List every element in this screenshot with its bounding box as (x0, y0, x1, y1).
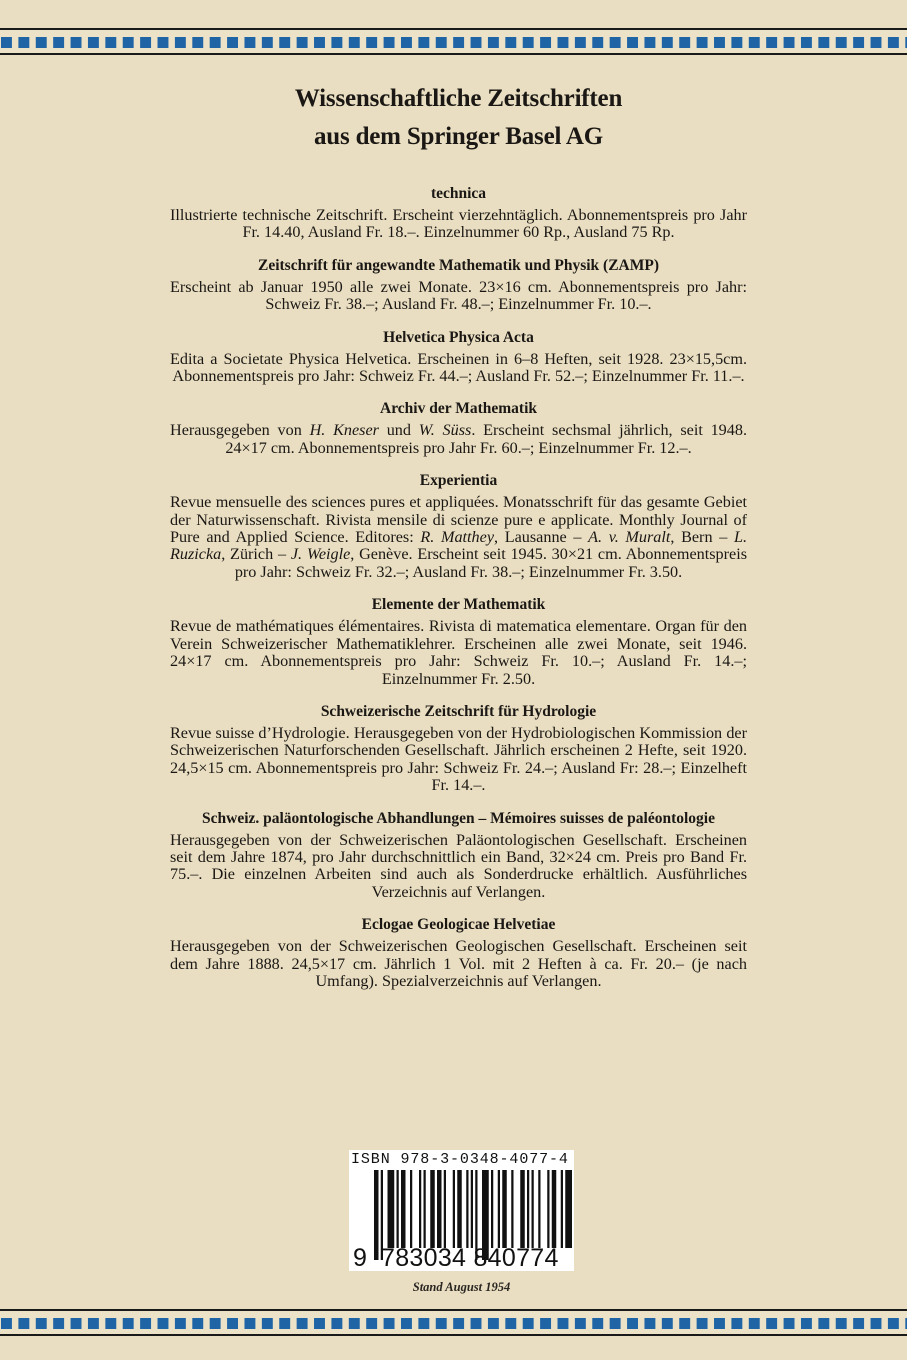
top-decorative-border (0, 28, 907, 55)
journal-description: Edita a Societate Physica Helvetica. Ers… (170, 351, 747, 386)
journal-title: Experientia (170, 471, 747, 490)
journal-title: Eclogae Geologicae Helvetiae (170, 915, 747, 934)
journal-entry: Eclogae Geologicae HelvetiaeHerausgegebe… (170, 915, 747, 990)
page-content: Wissenschaftliche Zeitschriften aus dem … (170, 80, 747, 1004)
editor-name: W. Süss (419, 421, 472, 439)
isbn-label: ISBN 978-3-0348-4077-4 (351, 1151, 573, 1168)
editor-name: R. Matthey (420, 528, 494, 546)
page-title-line-1: Wissenschaftliche Zeitschriften (170, 80, 747, 118)
journal-description: Herausgegeben von H. Kneser und W. Süss.… (170, 422, 747, 457)
description-text: , Lausanne – (494, 528, 588, 546)
journal-description: Revue mensuelle des sciences pures et ap… (170, 494, 747, 581)
journal-description: Illustrierte technische Zeitschrift. Ers… (170, 207, 747, 242)
page-title-line-2: aus dem Springer Basel AG (170, 118, 747, 156)
journal-entry: ExperientiaRevue mensuelle des sciences … (170, 471, 747, 581)
editor-name: J. Weigle (291, 545, 350, 563)
stand-date: Stand August 1954 (349, 1280, 574, 1295)
journal-entry: Schweiz. paläontologische Abhandlungen –… (170, 809, 747, 902)
journal-title: Zeitschrift für angewandte Mathematik un… (170, 256, 747, 275)
description-text: und (379, 421, 419, 439)
blue-square-pattern (0, 1318, 907, 1329)
journal-entry: Schweizerische Zeitschrift für Hydrologi… (170, 702, 747, 795)
journal-description: Herausgegeben von der Schweizerischen Pa… (170, 832, 747, 902)
journal-title: Helvetica Physica Acta (170, 328, 747, 347)
journal-description: Erscheint ab Januar 1950 alle zwei Monat… (170, 279, 747, 314)
ean-first-digit: 9 (353, 1246, 367, 1270)
journal-title: Elemente der Mathematik (170, 595, 747, 614)
journal-title: Schweizerische Zeitschrift für Hydrologi… (170, 702, 747, 721)
journal-entry: Archiv der MathematikHerausgegeben von H… (170, 399, 747, 457)
journal-description: Herausgegeben von der Schweizerischen Ge… (170, 938, 747, 990)
journal-entry: technicaIllustrierte technische Zeitschr… (170, 184, 747, 242)
bottom-decorative-border (0, 1309, 907, 1336)
journal-list: technicaIllustrierte technische Zeitschr… (170, 184, 747, 990)
journal-entry: Elemente der MathematikRevue de mathémat… (170, 595, 747, 688)
journal-entry: Helvetica Physica ActaEdita a Societate … (170, 328, 747, 386)
journal-title: Schweiz. paläontologische Abhandlungen –… (170, 809, 747, 828)
isbn-barcode: ISBN 978-3-0348-4077-4 9 783034 840774 (349, 1150, 574, 1271)
description-text: Herausgegeben von (170, 421, 310, 439)
blue-square-pattern (0, 37, 907, 48)
journal-title: Archiv der Mathematik (170, 399, 747, 418)
description-text: , Zürich – (221, 545, 291, 563)
journal-entry: Zeitschrift für angewandte Mathematik un… (170, 256, 747, 314)
description-text: , Bern – (670, 528, 734, 546)
journal-description: Revue suisse d’Hydrologie. Herausgegeben… (170, 725, 747, 795)
ean-digits: 783034 840774 (381, 1246, 559, 1270)
journal-title: technica (170, 184, 747, 203)
editor-name: H. Kneser (310, 421, 379, 439)
journal-description: Revue de mathématiques élémentaires. Riv… (170, 618, 747, 688)
editor-name: A. v. Muralt (588, 528, 670, 546)
